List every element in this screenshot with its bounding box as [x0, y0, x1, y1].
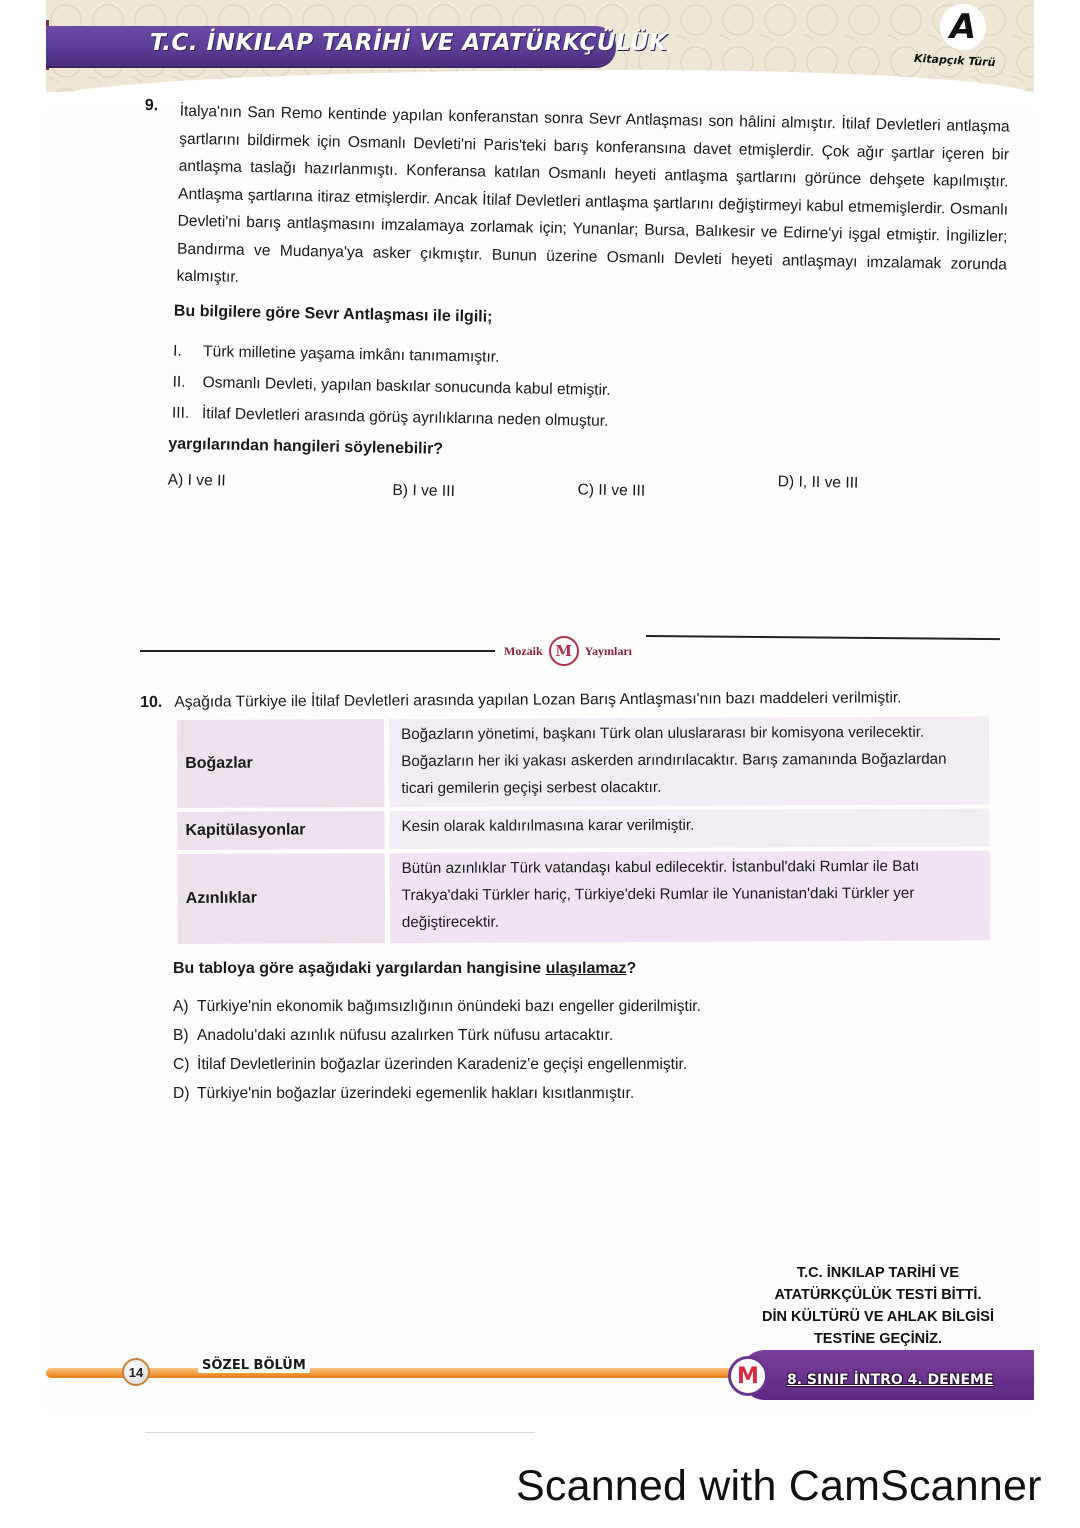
end-note-line: ATATÜRKÇÜLÜK TESTİ BİTTİ. [728, 1284, 1028, 1306]
test-end-note: T.C. İNKILAP TARİHİ VE ATATÜRKÇÜLÜK TEST… [728, 1262, 1028, 1350]
end-note-line: T.C. İNKILAP TARİHİ VE [728, 1262, 1028, 1284]
option-d[interactable]: D) I, II ve III [778, 473, 859, 493]
option-label: C) [577, 481, 594, 498]
statement-numeral: III. [172, 404, 202, 423]
option-c[interactable]: C) İtilaf Devletlerinin boğazlar üzerind… [173, 1050, 873, 1079]
exam-title: 8. SINIF İNTRO 4. DENEME [787, 1372, 994, 1388]
table-row: Boğazlar Boğazların yönetimi, başkanı Tü… [177, 716, 989, 808]
subject-title: T.C. İNKILAP TARİHİ VE ATATÜRKÇÜLÜK [150, 30, 667, 56]
section-label: SÖZEL BÖLÜM [198, 1358, 310, 1373]
question-intro-text: Aşağıda Türkiye ile İtilaf Devletleri ar… [174, 689, 901, 710]
option-label: D) [173, 1085, 197, 1103]
option-label: B) [392, 482, 408, 499]
mozaik-logo-icon: M [728, 1356, 768, 1396]
option-b[interactable]: B) Anadolu'daki azınlık nüfusu azalırken… [173, 1021, 873, 1050]
option-text: I, II ve III [798, 474, 858, 492]
table-text: Bütün azınlıklar Türk vatandaşı kabul ed… [390, 850, 990, 943]
lead-text: Bu tabloya göre aşağıdaki yargılardan ha… [173, 960, 546, 977]
option-label: B) [173, 1027, 197, 1045]
option-d[interactable]: D) Türkiye'nin boğazlar üzerindeki egeme… [173, 1079, 873, 1108]
statement-list: I. Türk milletine yaşama imkânı tanımamı… [172, 336, 774, 441]
page-bottom-edge [145, 1432, 535, 1433]
option-a[interactable]: A) Türkiye'nin ekonomik bağımsızlığının … [173, 992, 873, 1021]
publisher-logo-icon: M [549, 636, 579, 666]
option-text: Anadolu'daki azınlık nüfusu azalırken Tü… [197, 1027, 613, 1045]
divider-left [140, 650, 495, 652]
option-b[interactable]: B) I ve III [392, 482, 455, 501]
lead-suffix: ? [627, 960, 637, 977]
option-text: II ve III [598, 482, 645, 500]
option-label: D) [778, 473, 795, 490]
footer-orange-bar [46, 1368, 746, 1378]
answer-options: A) Türkiye'nin ekonomik bağımsızlığının … [173, 992, 873, 1108]
option-text: Türkiye'nin ekonomik bağımsızlığının önü… [197, 998, 701, 1016]
table-text: Kesin olarak kaldırılmasına karar verilm… [389, 808, 989, 849]
question-passage: İtalya'nın San Remo kentinde yapılan kon… [176, 98, 1010, 306]
question-number: 9. [145, 97, 159, 115]
question-lead: Bu tabloya göre aşağıdaki yargılardan ha… [173, 960, 636, 978]
publisher-name-right: Yayınları [585, 644, 632, 659]
publisher-mark: Mozaik M Yayınları [504, 636, 632, 666]
end-note-line: TESTİNE GEÇİNİZ. [728, 1328, 1028, 1350]
treaty-articles-table: Boğazlar Boğazların yönetimi, başkanı Tü… [177, 716, 990, 948]
statement-numeral: II. [172, 373, 202, 392]
question-number: 10. [140, 694, 162, 711]
table-row: Kapitülasyonlar Kesin olarak kaldırılmas… [177, 808, 989, 850]
table-topic: Azınlıklar [178, 853, 385, 944]
table-text: Boğazların yönetimi, başkanı Türk olan u… [389, 716, 989, 807]
lead-emphasis: ulaşılamaz [546, 960, 627, 977]
option-text: Türkiye'nin boğazlar üzerindeki egemenli… [197, 1085, 634, 1103]
scanner-watermark: Scanned with CamScanner [516, 1462, 1042, 1511]
statement-numeral: I. [173, 342, 203, 361]
booklet-letter-badge: A [940, 4, 986, 50]
option-text: I ve II [187, 472, 225, 490]
statement-text: İtilaf Devletleri arasında görüş ayrılık… [202, 405, 609, 431]
option-label: A) [167, 472, 183, 489]
option-label: A) [173, 998, 197, 1016]
option-c[interactable]: C) II ve III [577, 481, 645, 500]
page-number-badge: 14 [122, 1358, 150, 1386]
option-text: I ve III [412, 482, 455, 500]
end-note-line: DİN KÜLTÜRÜ VE AHLAK BİLGİSİ [728, 1306, 1028, 1328]
publisher-name-left: Mozaik [504, 644, 543, 659]
option-text: İtilaf Devletlerinin boğazlar üzerinden … [197, 1056, 687, 1074]
table-topic: Boğazlar [177, 719, 384, 808]
option-label: C) [173, 1056, 197, 1074]
statement-text: Osmanlı Devleti, yapılan baskılar sonucu… [202, 374, 611, 400]
table-topic: Kapitülasyonlar [177, 811, 384, 850]
table-row: Azınlıklar Bütün azınlıklar Türk vatanda… [178, 850, 990, 944]
statement-text: Türk milletine yaşama imkânı tanımamıştı… [203, 343, 500, 367]
option-a[interactable]: A) I ve II [167, 472, 225, 491]
